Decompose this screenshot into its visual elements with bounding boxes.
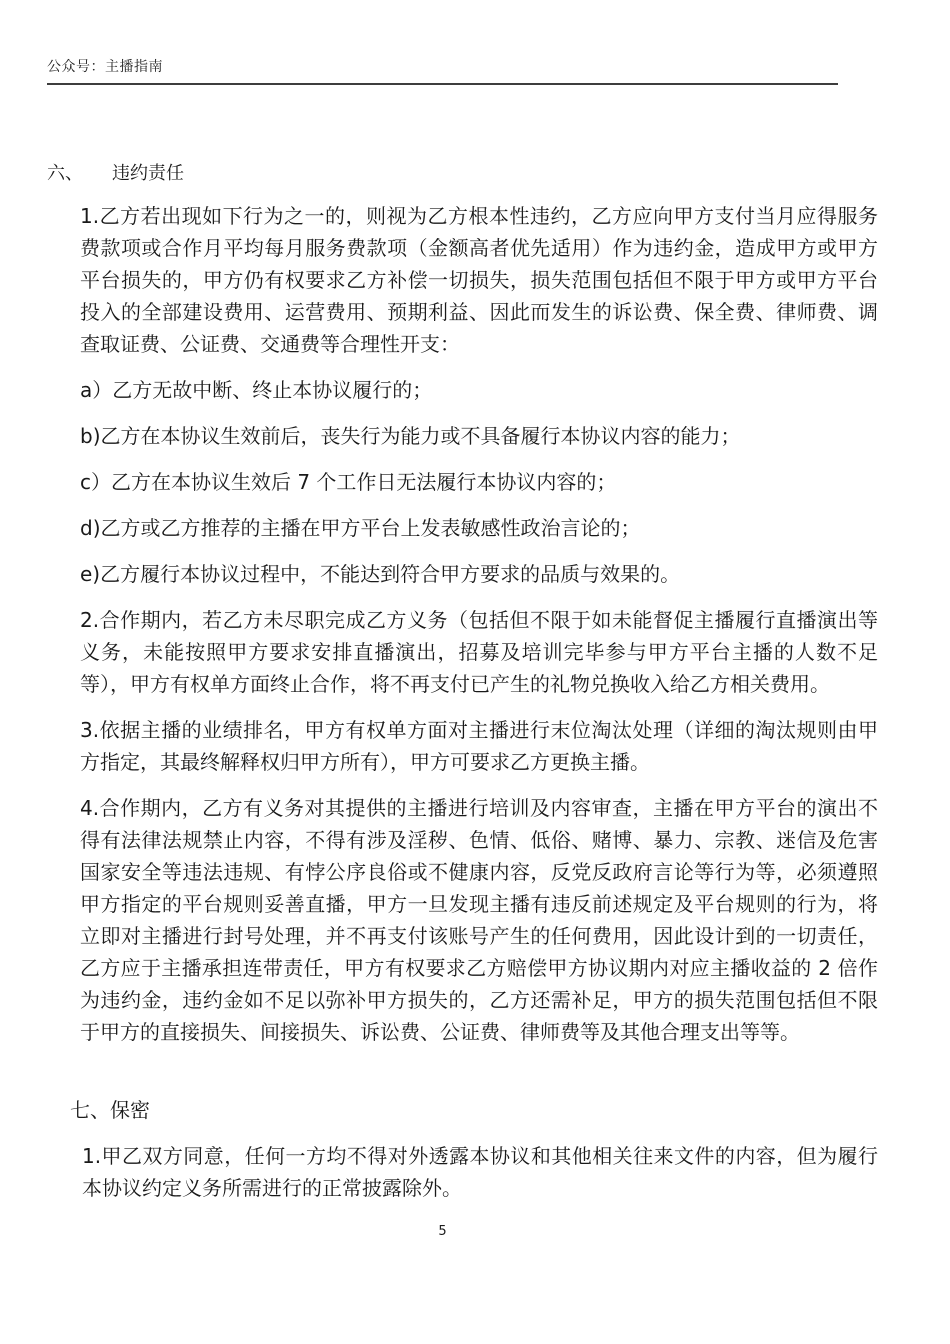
breach-item-d: d)乙方或乙方推荐的主播在甲方平台上发表敏感性政治言论的； — [80, 512, 878, 544]
section-7-body: 1.甲乙双方同意，任何一方均不得对外透露本协议和其他相关往来文件的内容，但为履行… — [82, 1140, 878, 1204]
page-number: 5 — [438, 1224, 446, 1239]
paragraph-confidentiality-1: 1.甲乙双方同意，任何一方均不得对外透露本协议和其他相关往来文件的内容，但为履行… — [82, 1140, 878, 1204]
section-7-heading: 七、保密 — [70, 1096, 150, 1124]
page-footer: 5 — [47, 1224, 838, 1240]
section-6-title: 违约责任 — [112, 163, 184, 184]
page-header: 公众号：主播指南 — [47, 58, 838, 85]
header-account-label: 公众号：主播指南 — [47, 59, 163, 75]
breach-item-c: c）乙方在本协议生效后 7 个工作日无法履行本协议内容的； — [80, 466, 878, 498]
paragraph-breach-2: 2.合作期内，若乙方未尽职完成乙方义务（包括但不限于如未能督促主播履行直播演出等… — [80, 604, 878, 700]
section-6-number: 六、 — [47, 162, 112, 186]
section-6-body: 1.乙方若出现如下行为之一的，则视为乙方根本性违约，乙方应向甲方支付当月应得服务… — [80, 200, 878, 1062]
breach-item-a: a）乙方无故中断、终止本协议履行的； — [80, 374, 878, 406]
section-7-title: 七、保密 — [70, 1098, 150, 1122]
paragraph-breach-4: 4.合作期内，乙方有义务对其提供的主播进行培训及内容审查，主播在甲方平台的演出不… — [80, 792, 878, 1048]
document-page: 公众号：主播指南 六、违约责任 1.乙方若出现如下行为之一的，则视为乙方根本性违… — [0, 0, 950, 1344]
section-6-heading: 六、违约责任 — [47, 162, 184, 186]
paragraph-breach-3: 3.依据主播的业绩排名，甲方有权单方面对主播进行末位淘汰处理（详细的淘汰规则由甲… — [80, 714, 878, 778]
breach-item-b: b)乙方在本协议生效前后，丧失行为能力或不具备履行本协议内容的能力； — [80, 420, 878, 452]
breach-item-e: e)乙方履行本协议过程中，不能达到符合甲方要求的品质与效果的。 — [80, 558, 878, 590]
paragraph-breach-1: 1.乙方若出现如下行为之一的，则视为乙方根本性违约，乙方应向甲方支付当月应得服务… — [80, 200, 878, 360]
